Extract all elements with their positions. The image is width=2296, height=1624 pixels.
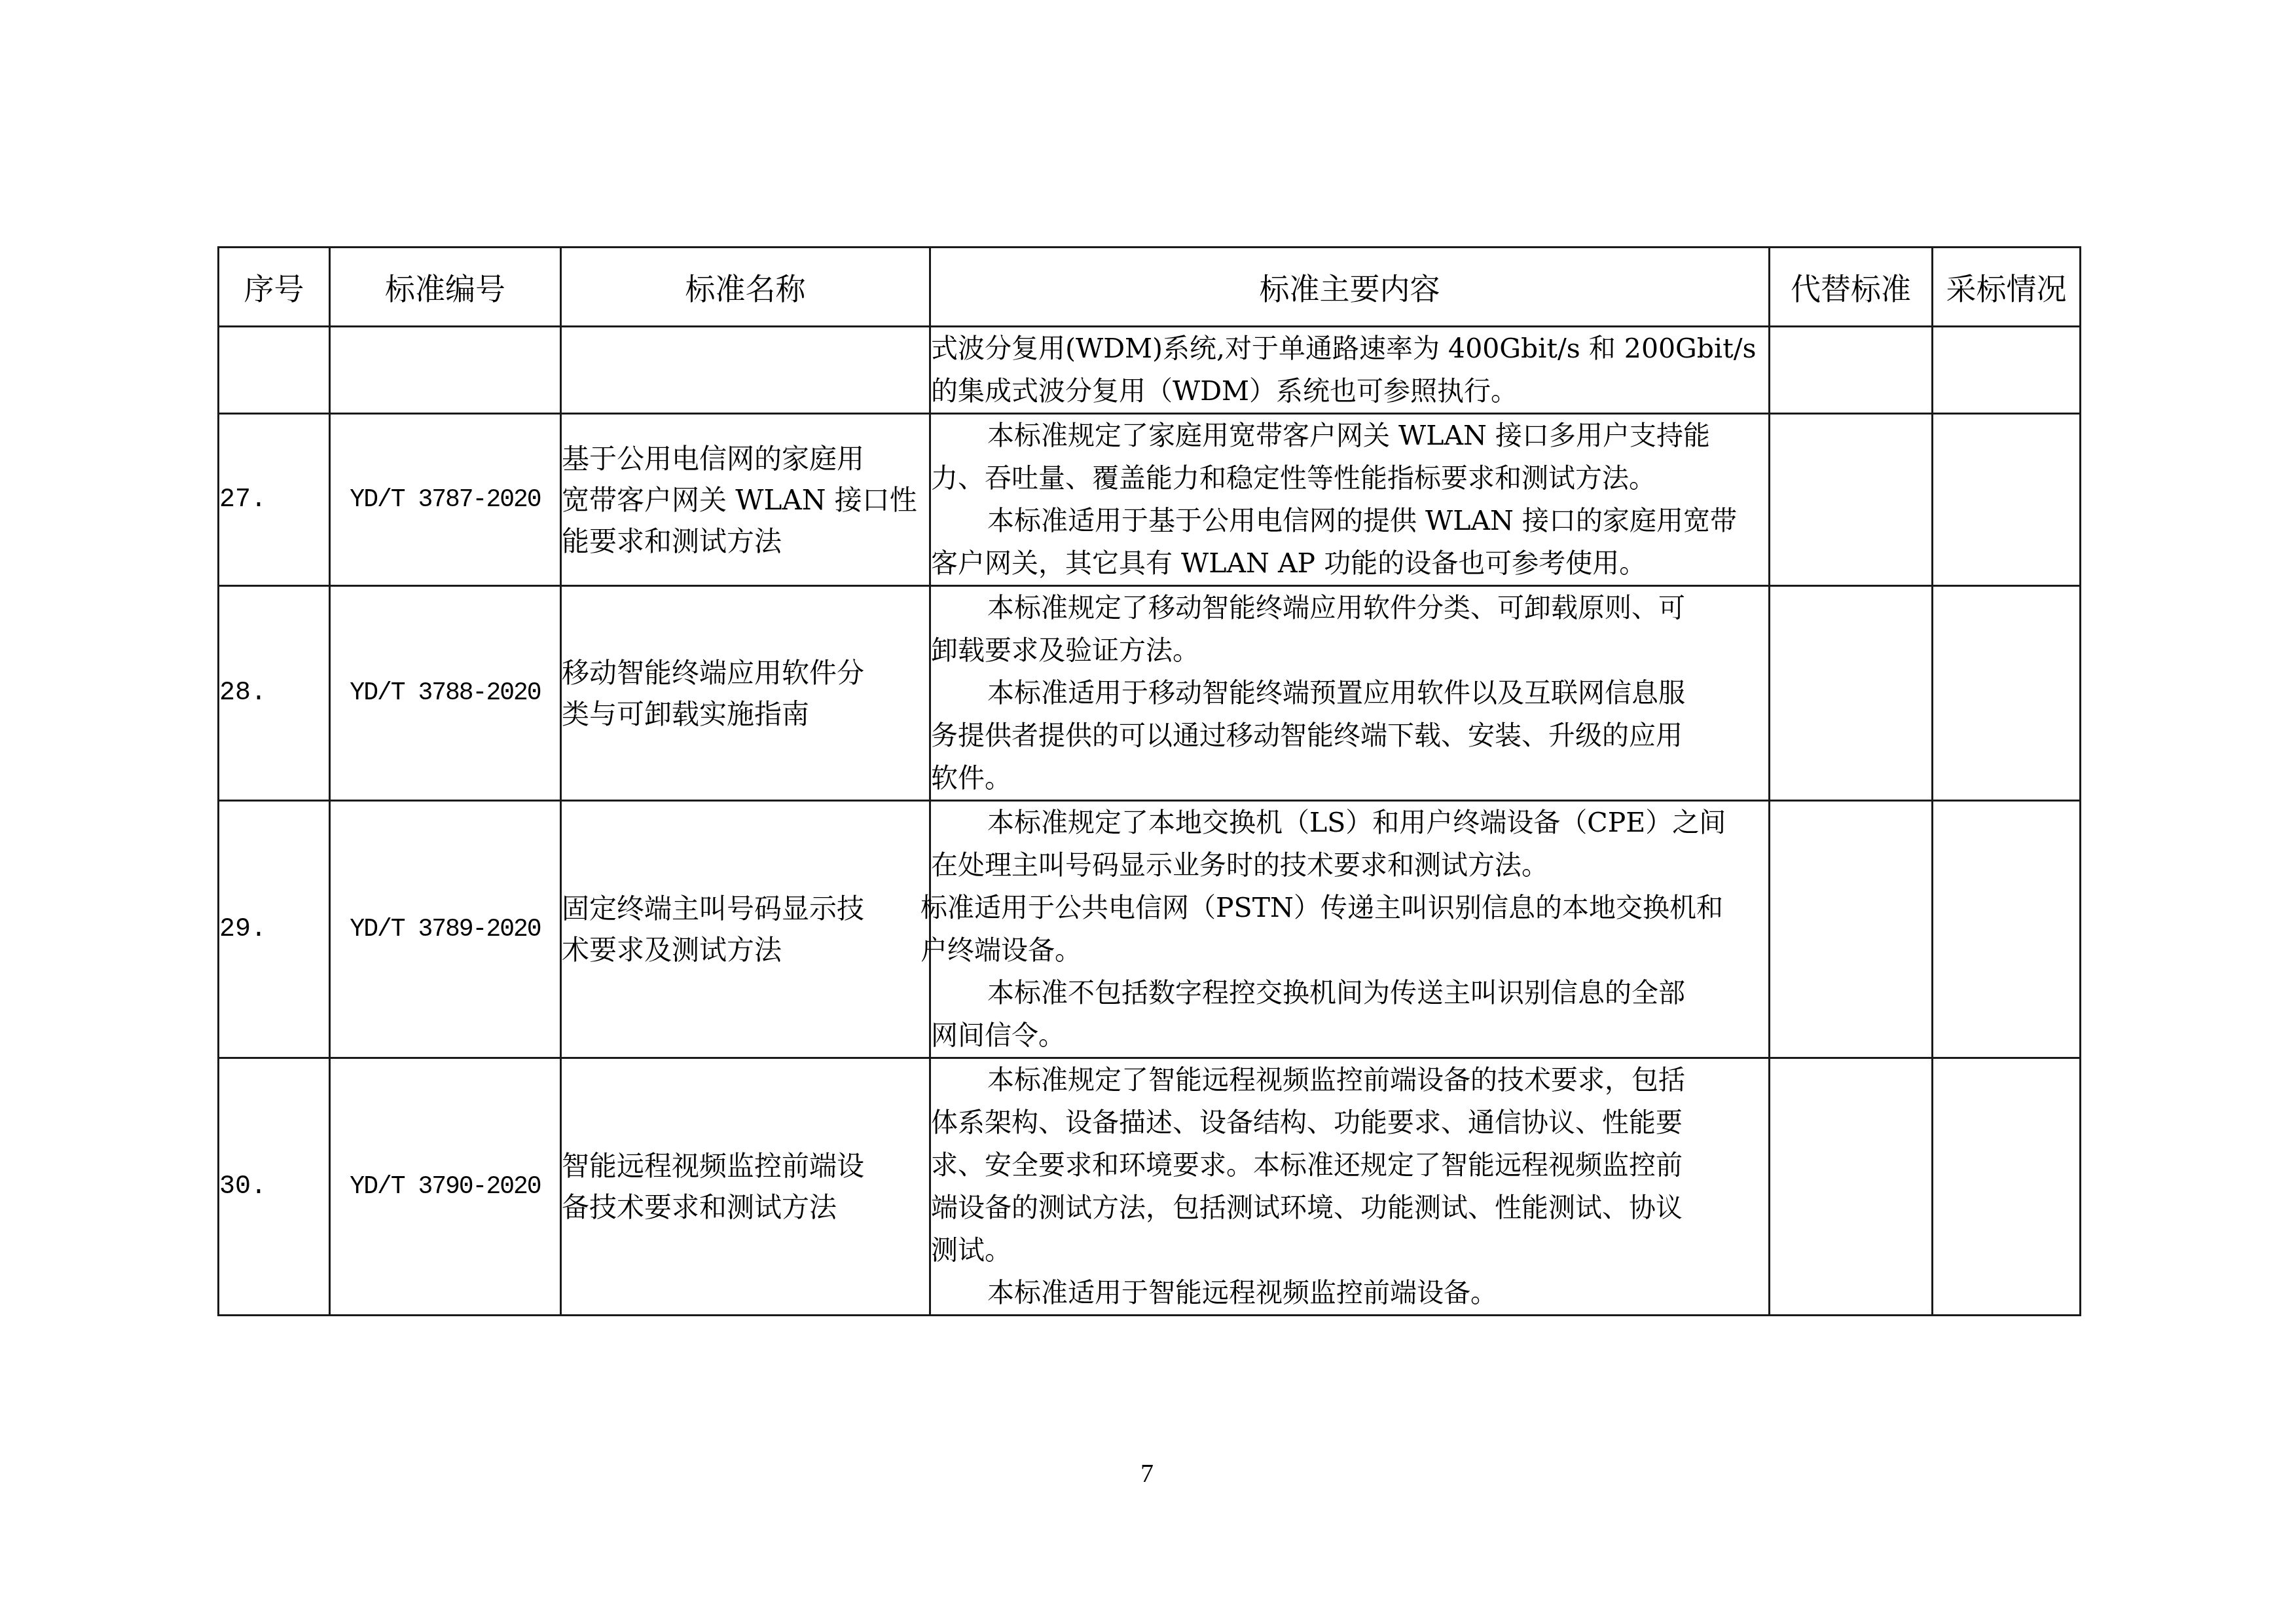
- standard-name-line: 能要求和测试方法: [562, 521, 929, 562]
- adoption-status-cell: [1933, 414, 2081, 586]
- content-line: 客户网关，其它具有 WLAN AP 功能的设备也可参考使用。: [931, 542, 1768, 585]
- header-standard-name: 标准名称: [561, 248, 930, 327]
- table-row: 30.YD/T 3790-2020智能远程视频监控前端设备技术要求和测试方法本标…: [219, 1058, 2081, 1316]
- content-line: 在处理主叫号码显示业务时的技术要求和测试方法。: [931, 844, 1768, 887]
- header-replaced-standard: 代替标准: [1770, 248, 1933, 327]
- table-row: 式波分复用(WDM)系统,对于单通路速率为 400Gbit/s 和 200Gbi…: [219, 327, 2081, 414]
- content-line: 本标准适用于智能远程视频监控前端设备。: [931, 1272, 1768, 1314]
- content-line: 本标准适用于移动智能终端预置应用软件以及互联网信息服: [931, 672, 1768, 714]
- adoption-status-cell: [1933, 801, 2081, 1058]
- standard-name-cell: 智能远程视频监控前端设备技术要求和测试方法: [561, 1058, 930, 1316]
- content-line: 卸载要求及验证方法。: [931, 629, 1768, 672]
- standard-name-cell: [561, 327, 930, 414]
- replaced-standard-cell: [1770, 414, 1933, 586]
- content-line: 本标准规定了家庭用宽带客户网关 WLAN 接口多用户支持能: [931, 415, 1768, 457]
- standard-name-line: 术要求及测试方法: [562, 929, 929, 970]
- standard-code-cell: YD/T 3790-2020: [330, 1058, 561, 1316]
- serial-no-cell: 30.: [219, 1058, 330, 1316]
- content-line: 体系架构、设备描述、设备结构、功能要求、通信协议、性能要: [931, 1101, 1768, 1144]
- standard-name-line: 类与可卸载实施指南: [562, 693, 929, 735]
- content-line: 软件。: [931, 757, 1768, 800]
- main-content-cell: 本标准规定了本地交换机（LS）和用户终端设备（CPE）之间在处理主叫号码显示业务…: [930, 801, 1770, 1058]
- page-number: 7: [1140, 1458, 1154, 1488]
- content-line: 务提供者提供的可以通过移动智能终端下载、安装、升级的应用: [931, 714, 1768, 757]
- standard-name-cell: 基于公用电信网的家庭用宽带客户网关 WLAN 接口性能要求和测试方法: [561, 414, 930, 586]
- serial-no-cell: 27.: [219, 414, 330, 586]
- serial-no-cell: 29.: [219, 801, 330, 1058]
- content-line: 本标准不包括数字程控交换机间为传送主叫识别信息的全部: [931, 972, 1768, 1014]
- main-content-cell: 本标准规定了智能远程视频监控前端设备的技术要求，包括体系架构、设备描述、设备结构…: [930, 1058, 1770, 1316]
- header-adoption-status: 采标情况: [1933, 248, 2081, 327]
- standard-code-cell: YD/T 3788-2020: [330, 586, 561, 801]
- replaced-standard-cell: [1770, 1058, 1933, 1316]
- content-line: 测试。: [931, 1229, 1768, 1272]
- content-line: 网间信令。: [931, 1014, 1768, 1057]
- adoption-status-cell: [1933, 1058, 2081, 1316]
- standards-table: 序号 标准编号 标准名称 标准主要内容 代替标准 采标情况 式波分复用(WDM)…: [217, 246, 2081, 1316]
- content-line: 本标准规定了智能远程视频监控前端设备的技术要求，包括: [931, 1059, 1768, 1101]
- content-line: 本标准规定了本地交换机（LS）和用户终端设备（CPE）之间: [931, 802, 1768, 844]
- main-content-cell: 本标准规定了移动智能终端应用软件分类、可卸载原则、可卸载要求及验证方法。本标准适…: [930, 586, 1770, 801]
- content-line: 的集成式波分复用（WDM）系统也可参照执行。: [931, 370, 1768, 413]
- standard-name-line: 基于公用电信网的家庭用: [562, 438, 929, 479]
- replaced-standard-cell: [1770, 327, 1933, 414]
- standard-code-cell: YD/T 3787-2020: [330, 414, 561, 586]
- content-line: 端设备的测试方法，包括测试环境、功能测试、性能测试、协议: [931, 1187, 1768, 1229]
- header-serial-no: 序号: [219, 248, 330, 327]
- table-row: 28.YD/T 3788-2020移动智能终端应用软件分类与可卸载实施指南本标准…: [219, 586, 2081, 801]
- document-page: 序号 标准编号 标准名称 标准主要内容 代替标准 采标情况 式波分复用(WDM)…: [0, 0, 2296, 1624]
- standard-name-line: 固定终端主叫号码显示技: [562, 888, 929, 929]
- standard-name-line: 备技术要求和测试方法: [562, 1187, 929, 1228]
- main-content-cell: 本标准规定了家庭用宽带客户网关 WLAN 接口多用户支持能力、吞吐量、覆盖能力和…: [930, 414, 1770, 586]
- standard-name-line: 智能远程视频监控前端设: [562, 1145, 929, 1187]
- replaced-standard-cell: [1770, 801, 1933, 1058]
- content-line: 力、吞吐量、覆盖能力和稳定性等性能指标要求和测试方法。: [931, 457, 1768, 500]
- table-row: 27.YD/T 3787-2020基于公用电信网的家庭用宽带客户网关 WLAN …: [219, 414, 2081, 586]
- content-line: 式波分复用(WDM)系统,对于单通路速率为 400Gbit/s 和 200Gbi…: [931, 327, 1768, 370]
- content-line: 求、安全要求和环境要求。本标准还规定了智能远程视频监控前: [931, 1144, 1768, 1187]
- content-line: 户终端设备。: [920, 929, 1768, 972]
- standard-name-line: 移动智能终端应用软件分: [562, 652, 929, 693]
- table-header-row: 序号 标准编号 标准名称 标准主要内容 代替标准 采标情况: [219, 248, 2081, 327]
- content-line: 本标准适用于基于公用电信网的提供 WLAN 接口的家庭用宽带: [931, 500, 1768, 542]
- header-standard-code: 标准编号: [330, 248, 561, 327]
- table-row: 29.YD/T 3789-2020固定终端主叫号码显示技术要求及测试方法本标准规…: [219, 801, 2081, 1058]
- standard-code-cell: YD/T 3789-2020: [330, 801, 561, 1058]
- standard-code-cell: [330, 327, 561, 414]
- header-main-content: 标准主要内容: [930, 248, 1770, 327]
- content-line: 标准适用于公共电信网（PSTN）传递主叫识别信息的本地交换机和: [920, 887, 1768, 929]
- adoption-status-cell: [1933, 327, 2081, 414]
- replaced-standard-cell: [1770, 586, 1933, 801]
- serial-no-cell: 28.: [219, 586, 330, 801]
- content-line: 本标准规定了移动智能终端应用软件分类、可卸载原则、可: [931, 587, 1768, 629]
- serial-no-cell: [219, 327, 330, 414]
- standard-name-cell: 移动智能终端应用软件分类与可卸载实施指南: [561, 586, 930, 801]
- standard-name-cell: 固定终端主叫号码显示技术要求及测试方法: [561, 801, 930, 1058]
- adoption-status-cell: [1933, 586, 2081, 801]
- main-content-cell: 式波分复用(WDM)系统,对于单通路速率为 400Gbit/s 和 200Gbi…: [930, 327, 1770, 414]
- standard-name-line: 宽带客户网关 WLAN 接口性: [562, 479, 929, 521]
